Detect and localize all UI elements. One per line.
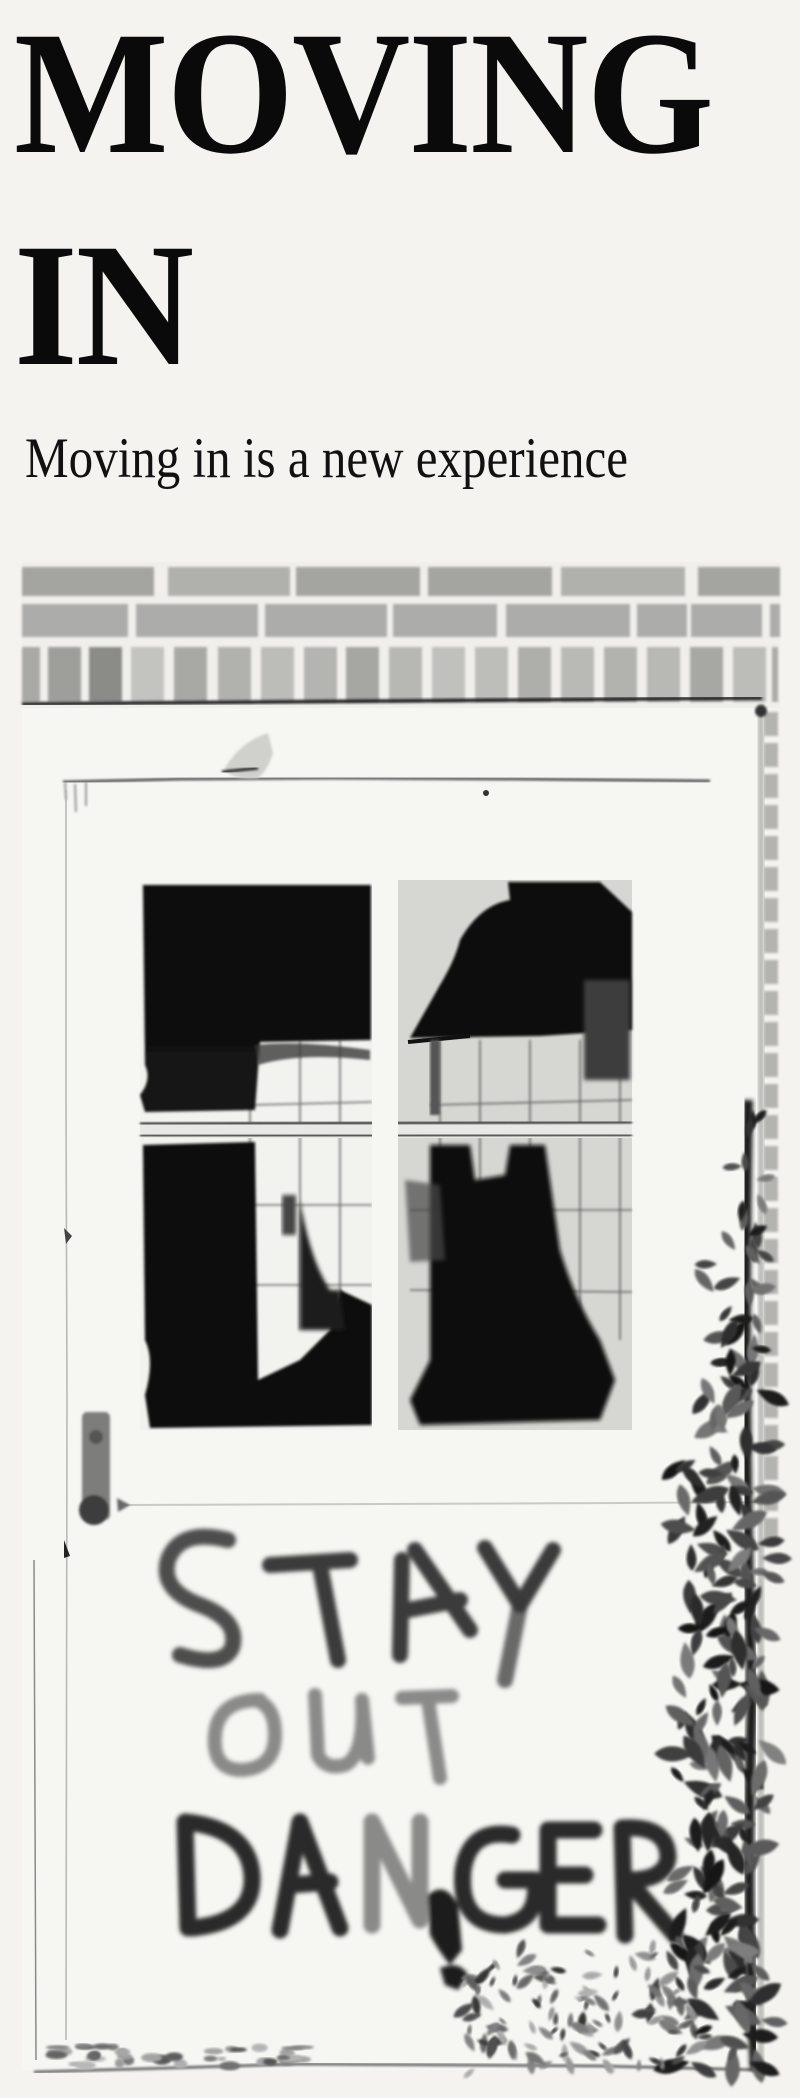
broken-window (140, 880, 632, 1430)
door-photo (0, 0, 800, 2098)
